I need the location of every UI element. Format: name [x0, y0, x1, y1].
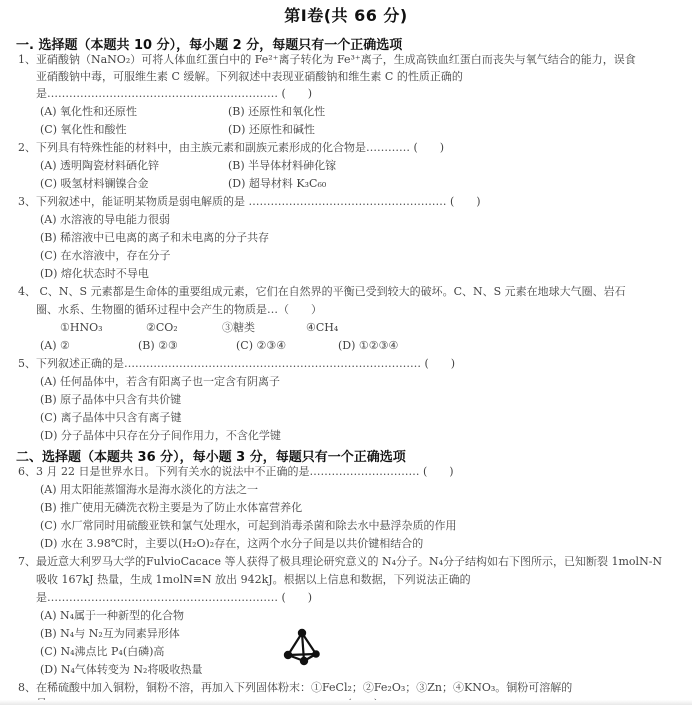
- question-8-stem-line1: 8、在稀硫酸中加入铜粉，铜粉不溶，再加入下列固体粉末：①FeCl₂；②Fe₂O₃…: [18, 681, 572, 695]
- question-7-stem-line3: 是……………………………………………………… ( ): [36, 591, 312, 605]
- question-4-option-c: (C) ②③④: [236, 339, 286, 353]
- question-5-option-c: (C) 离子晶体中只含有离子键: [40, 411, 182, 425]
- question-4-item-2: ②CO₂: [146, 321, 178, 335]
- question-6-option-c: (C) 水厂常同时用硫酸亚铁和氯气处理水，可起到消毒杀菌和除去水中悬浮杂质的作用: [40, 519, 457, 533]
- question-5-option-d: (D) 分子晶体中只存在分子间作用力，不含化学键: [40, 429, 281, 443]
- question-6-option-b: (B) 推广使用无磷洗衣粉主要是为了防止水体富营养化: [40, 501, 302, 515]
- question-3-option-a: (A) 水溶液的导电能力很弱: [40, 213, 170, 227]
- question-6-option-d: (D) 水在 3.98℃时，主要以(H₂O)₂存在，这两个水分子间是以共价键相结…: [40, 537, 423, 551]
- question-6-stem: 6、3 月 22 日是世界水日。下列有关水的说法中不正确的是……………………………: [18, 465, 454, 479]
- question-2-stem: 2、下列具有特殊性能的材料中，由主族元素和副族元素形成的化合物是………… ( ): [18, 141, 444, 155]
- question-2-option-c: (C) 吸氢材料镧镍合金: [40, 177, 149, 191]
- question-3-option-b: (B) 稀溶液中已电离的离子和未电离的分子共存: [40, 231, 269, 245]
- question-1-option-a: (A) 氧化性和还原性: [40, 105, 137, 119]
- question-2-option-d: (D) 超导材料 K₃C₆₀: [228, 177, 326, 191]
- question-1-option-b: (B) 还原性和氧化性: [228, 105, 325, 119]
- question-2-option-b: (B) 半导体材料砷化镓: [228, 159, 336, 173]
- question-7-option-a: (A) N₄属于一种新型的化合物: [40, 609, 184, 623]
- section-heading-2: 二、选择题（本题共 36 分），每小题 3 分，每题只有一个正确选项: [16, 446, 406, 465]
- question-2-option-a: (A) 透明陶瓷材料硒化锌: [40, 159, 159, 173]
- question-5-stem: 5、下列叙述正确的是……………………………………………………………………… ( …: [18, 357, 455, 371]
- question-1-stem-line1: 1、亚硝酸钠（NaNO₂）可将人体血红蛋白中的 Fe²⁺离子转化为 Fe³⁺离子…: [18, 53, 636, 67]
- question-7-stem-line2: 吸收 167kJ 热量，生成 1molN≡N 放出 942kJ。根据以上信息和数…: [36, 573, 471, 587]
- question-7-option-b: (B) N₄与 N₂互为同素异形体: [40, 627, 180, 641]
- question-4-item-4: ④CH₄: [306, 321, 338, 335]
- section-heading-1: 一. 选择题（本题共 10 分），每小题 2 分，每题只有一个正确选项: [16, 34, 402, 53]
- question-6-option-a: (A) 用太阳能蒸馏海水是海水淡化的方法之一: [40, 483, 258, 497]
- question-3-option-c: (C) 在水溶液中，存在分子: [40, 249, 171, 263]
- exam-page: 第Ⅰ卷(共 66 分) 一. 选择题（本题共 10 分），每小题 2 分，每题只…: [0, 0, 692, 705]
- question-4-item-3: ③糖类: [222, 321, 255, 335]
- question-4-stem-line1: 4、 C、N、S 元素都是生命体的重要组成元素，它们在自然界的平衡已受到较大的破…: [18, 285, 626, 299]
- question-4-option-b: (B) ②③: [138, 339, 178, 353]
- question-7-option-c: (C) N₄沸点比 P₄(白磷)高: [40, 645, 164, 659]
- question-1-stem-line2: 亚硝酸钠中毒，可服维生素 C 缓解。下列叙述中表现亚硝酸钠和维生素 C 的性质正…: [36, 70, 463, 84]
- question-4-option-a: (A) ②: [40, 339, 70, 353]
- question-1-option-c: (C) 氧化性和酸性: [40, 123, 127, 137]
- question-1-option-d: (D) 还原性和碱性: [228, 123, 315, 137]
- question-5-option-b: (B) 原子晶体中只含有共价键: [40, 393, 181, 407]
- question-4-item-1: ①HNO₃: [60, 321, 103, 335]
- question-7-option-d: (D) N₄气体转变为 N₂将吸收热量: [40, 663, 202, 677]
- n4-molecule-icon: [282, 628, 322, 668]
- page-title: 第Ⅰ卷(共 66 分): [0, 3, 692, 26]
- question-4-stem-line2: 圈、水系、生物圈的循环过程中会产生的物质是…（ ）: [36, 303, 322, 317]
- question-7-stem-line1: 7、最近意大利罗马大学的FulvioCacace 等人获得了极具理论研究意义的 …: [18, 555, 662, 569]
- question-4-option-d: (D) ①②③④: [338, 339, 398, 353]
- question-3-option-d: (D) 熔化状态时不导电: [40, 267, 149, 281]
- page-bottom-edge: [0, 700, 692, 705]
- question-1-stem-line3: 是……………………………………………………… ( ): [36, 87, 312, 101]
- question-5-option-a: (A) 任何晶体中，若含有阳离子也一定含有阴离子: [40, 375, 280, 389]
- question-3-stem: 3、下列叙述中，能证明某物质是弱电解质的是 …………………………………………………: [18, 195, 481, 209]
